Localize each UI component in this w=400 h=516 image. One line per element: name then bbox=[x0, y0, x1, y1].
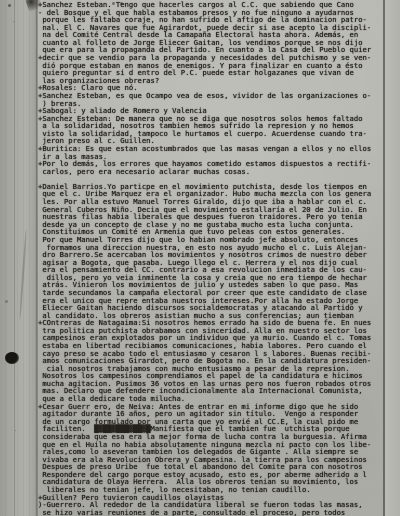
page-binding-edge bbox=[0, 0, 37, 516]
typewritten-text: +Sanchez Esteban. Tengo que hacerles car… bbox=[38, 1, 394, 516]
crease-line bbox=[14, 0, 15, 516]
hole-punch-mark bbox=[5, 352, 19, 364]
scanned-document-page: +Sanchez Esteban. Tengo que hacerles car… bbox=[0, 0, 400, 516]
paper-specks bbox=[8, 4, 11, 7]
